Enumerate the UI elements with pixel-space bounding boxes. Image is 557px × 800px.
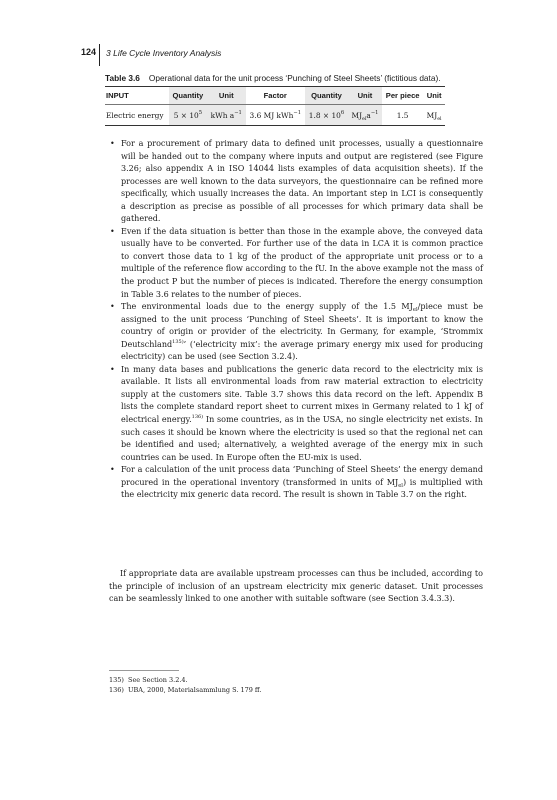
footnote-ref-136[interactable]: 136) [192,414,204,420]
footnote-divider [109,670,179,671]
cell-factor: 3.6 MJ kWh−1 [246,105,306,126]
bullet-item: • In many data bases and publications th… [109,364,483,464]
cell-unit-3: MJel [423,105,445,126]
cell-unit: kWh a−1 [207,105,246,126]
col-header-unit-2: Unit [348,87,382,105]
col-header-unit: Unit [207,87,246,105]
footnote-ref-135[interactable]: 135) [172,339,184,345]
cell-input: Electric energy [105,105,169,126]
bullet-item: • For a calculation of the unit process … [109,464,483,502]
cell-unit-2: MJela−1 [348,105,382,126]
closing-paragraph: If appropriate data are available upstre… [109,568,483,606]
bullet-item: • The environmental loads due to the ene… [109,301,483,364]
footnote-number: 135) [109,675,128,685]
bullet-text: For a calculation of the unit process da… [121,465,483,499]
footnote-number: 136) [109,685,128,695]
operational-data-table: INPUT Quantity Unit Factor Quantity Unit… [105,86,445,126]
table-caption: Table 3.6Operational data for the unit p… [105,73,445,83]
bullet-text: The environmental loads due to the energ… [121,302,483,361]
bullet-text: For a procurement of primary data to def… [121,139,483,223]
col-header-quantity-2: Quantity [305,87,348,105]
bullet-text: Even if the data situation is better tha… [121,227,483,299]
cell-quantity: 5 × 105 [169,105,207,126]
col-header-unit-3: Unit [423,87,445,105]
cell-quantity-2: 1.8 × 106 [305,105,348,126]
col-header-input: INPUT [105,87,169,105]
footnote-136: 136)UBA, 2000, Materialsammlung S. 179 f… [109,685,489,695]
footnote-text: UBA, 2000, Materialsammlung S. 179 ff. [128,686,261,694]
chapter-title: 3 Life Cycle Inventory Analysis [106,48,221,58]
bullet-text: In many data bases and publications the … [121,365,483,462]
running-head: 124 3 Life Cycle Inventory Analysis [0,44,557,64]
bullet-list: • For a procurement of primary data to d… [109,138,483,502]
bullet-icon: • [110,226,115,239]
cell-per-piece: 1.5 [382,105,423,126]
header-divider [99,44,100,66]
bullet-icon: • [110,138,115,151]
closing-paragraph-block: If appropriate data are available upstre… [109,568,483,614]
col-header-per-piece: Per piece [382,87,423,105]
table-header-row: INPUT Quantity Unit Factor Quantity Unit… [105,87,445,105]
table-caption-text: Operational data for the unit process ‘P… [149,73,441,83]
table-row: Electric energy 5 × 105 kWh a−1 3.6 MJ k… [105,105,445,126]
bullet-icon: • [110,301,115,314]
bullet-item: • For a procurement of primary data to d… [109,138,483,226]
bullet-icon: • [110,364,115,377]
col-header-factor: Factor [246,87,306,105]
footnotes: 135)See Section 3.2.4. 136)UBA, 2000, Ma… [109,670,489,695]
table-label: Table 3.6 [105,73,140,83]
table-3-6: Table 3.6Operational data for the unit p… [105,73,445,126]
footnote-135: 135)See Section 3.2.4. [109,675,489,685]
bullet-icon: • [110,464,115,477]
bullet-item: • Even if the data situation is better t… [109,226,483,301]
footnote-text: See Section 3.2.4. [128,676,188,684]
page-number: 124 [68,47,96,57]
col-header-quantity: Quantity [169,87,207,105]
